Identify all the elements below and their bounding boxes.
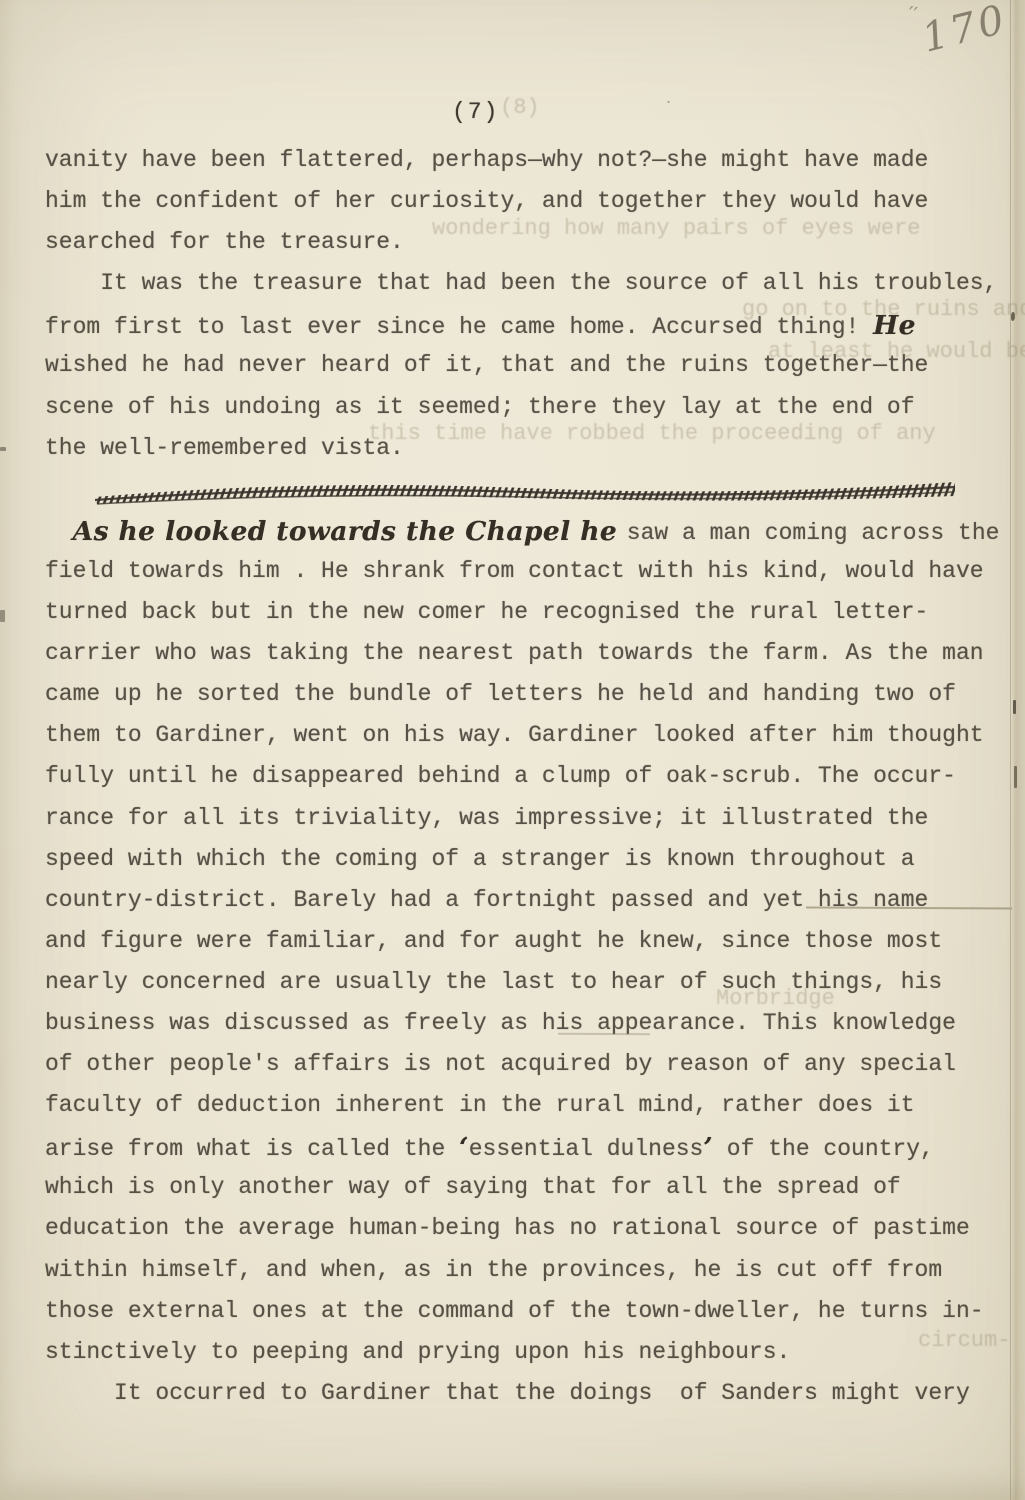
typed-text: nearly concerned are usually the last to… (45, 969, 942, 995)
typed-text: country-district. Barely had a fortnight… (45, 887, 928, 913)
typed-text: It occurred to Gardiner that the doings … (45, 1380, 970, 1406)
typed-text: essential dulness (469, 1136, 704, 1162)
text-line: searched for the treasure. (45, 222, 1020, 263)
text-line: field towards him . He shrank from conta… (45, 551, 1020, 592)
text-line: business was discussed as freely as his … (45, 1003, 1020, 1044)
text-line: scene of his undoing as it seemed; there… (45, 387, 1020, 428)
typed-text (45, 520, 73, 546)
typed-text: searched for the treasure. (45, 229, 404, 255)
pencil-dot-mark: . (666, 88, 671, 107)
typed-text: turned back but in the new comer he reco… (45, 599, 928, 625)
typed-text: field towards him . He shrank from conta… (45, 558, 984, 584)
text-line: them to Gardiner, went on his way. Gardi… (45, 715, 1020, 756)
typed-text: faculty of deduction inherent in the rur… (45, 1092, 915, 1118)
page-right-edge (1010, 0, 1025, 1500)
ghost-bleedthrough-text: (8) (500, 95, 540, 120)
text-line: from first to last ever since he came ho… (45, 304, 1020, 345)
text-line: which is only another way of saying that… (45, 1167, 1020, 1208)
typed-text: from first to last ever since he came ho… (45, 314, 873, 340)
folio-number: 170 (917, 0, 1011, 62)
text-line: wished he had never heard of it, that an… (45, 345, 1020, 386)
handwritten-insertion: He (873, 310, 916, 341)
typed-text: him the confident of her curiosity, and … (45, 188, 928, 214)
typed-text: within himself, and when, as in the prov… (45, 1257, 942, 1283)
strikethrough-scribble (45, 469, 1020, 510)
typed-text: those external ones at the command of th… (45, 1298, 984, 1324)
scribble-strokes (93, 473, 959, 509)
ink-nick (1013, 700, 1016, 714)
text-line: faculty of deduction inherent in the rur… (45, 1085, 1020, 1126)
text-line: the well-remembered vista. (45, 428, 1020, 469)
typed-text: vanity have been flattered, perhaps—why … (45, 147, 928, 173)
typed-text: saw a man coming across the (627, 520, 1000, 546)
text-line: within himself, and when, as in the prov… (45, 1250, 1020, 1291)
typed-text: carrier who was taking the nearest path … (45, 640, 984, 666)
typed-text: fully until he disappeared behind a clum… (45, 763, 956, 789)
typed-text: which is only another way of saying that… (45, 1174, 901, 1200)
typed-text: scene of his undoing as it seemed; there… (45, 394, 915, 420)
typed-text: wished he had never heard of it, that an… (45, 352, 928, 378)
text-line: and figure were familiar, and for aught … (45, 921, 1020, 962)
typed-text: stinctively to peeping and prying upon h… (45, 1339, 790, 1365)
ink-nick (1014, 766, 1017, 788)
text-line: speed with which the coming of a strange… (45, 839, 1020, 880)
typed-text: of other people's affairs is not acquire… (45, 1051, 956, 1077)
text-line: rance for all its triviality, was impres… (45, 798, 1020, 839)
typed-text: of the country, (713, 1136, 934, 1162)
handwritten-insertion: ‘ (459, 1132, 469, 1163)
typed-text: business was discussed as freely as his … (45, 1010, 956, 1036)
text-line: carrier who was taking the nearest path … (45, 633, 1020, 674)
text-line: vanity have been flattered, perhaps—why … (45, 140, 1020, 181)
text-line: education the average human-being has no… (45, 1208, 1020, 1249)
text-line: It was the treasure that had been the so… (45, 263, 1020, 304)
manuscript-page: 170 (7) ′′ . vanity have been flattered,… (0, 0, 1025, 1500)
typed-text: and figure were familiar, and for aught … (45, 928, 942, 954)
handwritten-insertion: ’ (703, 1132, 713, 1163)
pencil-tick-mark: ′′ (906, 1, 919, 26)
text-line: those external ones at the command of th… (45, 1291, 1020, 1332)
typed-text: the well-remembered vista. (45, 435, 404, 461)
text-line: country-district. Barely had a fortnight… (45, 880, 1020, 921)
typed-text: It was the treasure that had been the so… (45, 270, 997, 296)
typed-text: rance for all its triviality, was impres… (45, 805, 928, 831)
handwritten-insertion: As he looked towards the Chapel he (73, 516, 627, 547)
ink-nick (0, 447, 6, 451)
text-line: As he looked towards the Chapel he saw a… (45, 510, 1020, 551)
text-line: stinctively to peeping and prying upon h… (45, 1332, 1020, 1373)
typed-text: them to Gardiner, went on his way. Gardi… (45, 722, 984, 748)
text-line: of other people's affairs is not acquire… (45, 1044, 1020, 1085)
text-line: him the confident of her curiosity, and … (45, 181, 1020, 222)
typed-text: education the average human-being has no… (45, 1215, 970, 1241)
text-line: fully until he disappeared behind a clum… (45, 756, 1020, 797)
ink-nick (0, 610, 5, 622)
text-line: nearly concerned are usually the last to… (45, 962, 1020, 1003)
typed-text: came up he sorted the bundle of letters … (45, 681, 956, 707)
text-line: turned back but in the new comer he reco… (45, 592, 1020, 633)
text-line: arise from what is called the ‘essential… (45, 1126, 1020, 1167)
text-line: came up he sorted the bundle of letters … (45, 674, 1020, 715)
text-line: It occurred to Gardiner that the doings … (45, 1373, 1020, 1414)
typed-text: arise from what is called the (45, 1136, 459, 1162)
page-number: (7) (452, 99, 499, 125)
typewritten-text: vanity have been flattered, perhaps—why … (45, 140, 1020, 1414)
typed-text: speed with which the coming of a strange… (45, 846, 915, 872)
